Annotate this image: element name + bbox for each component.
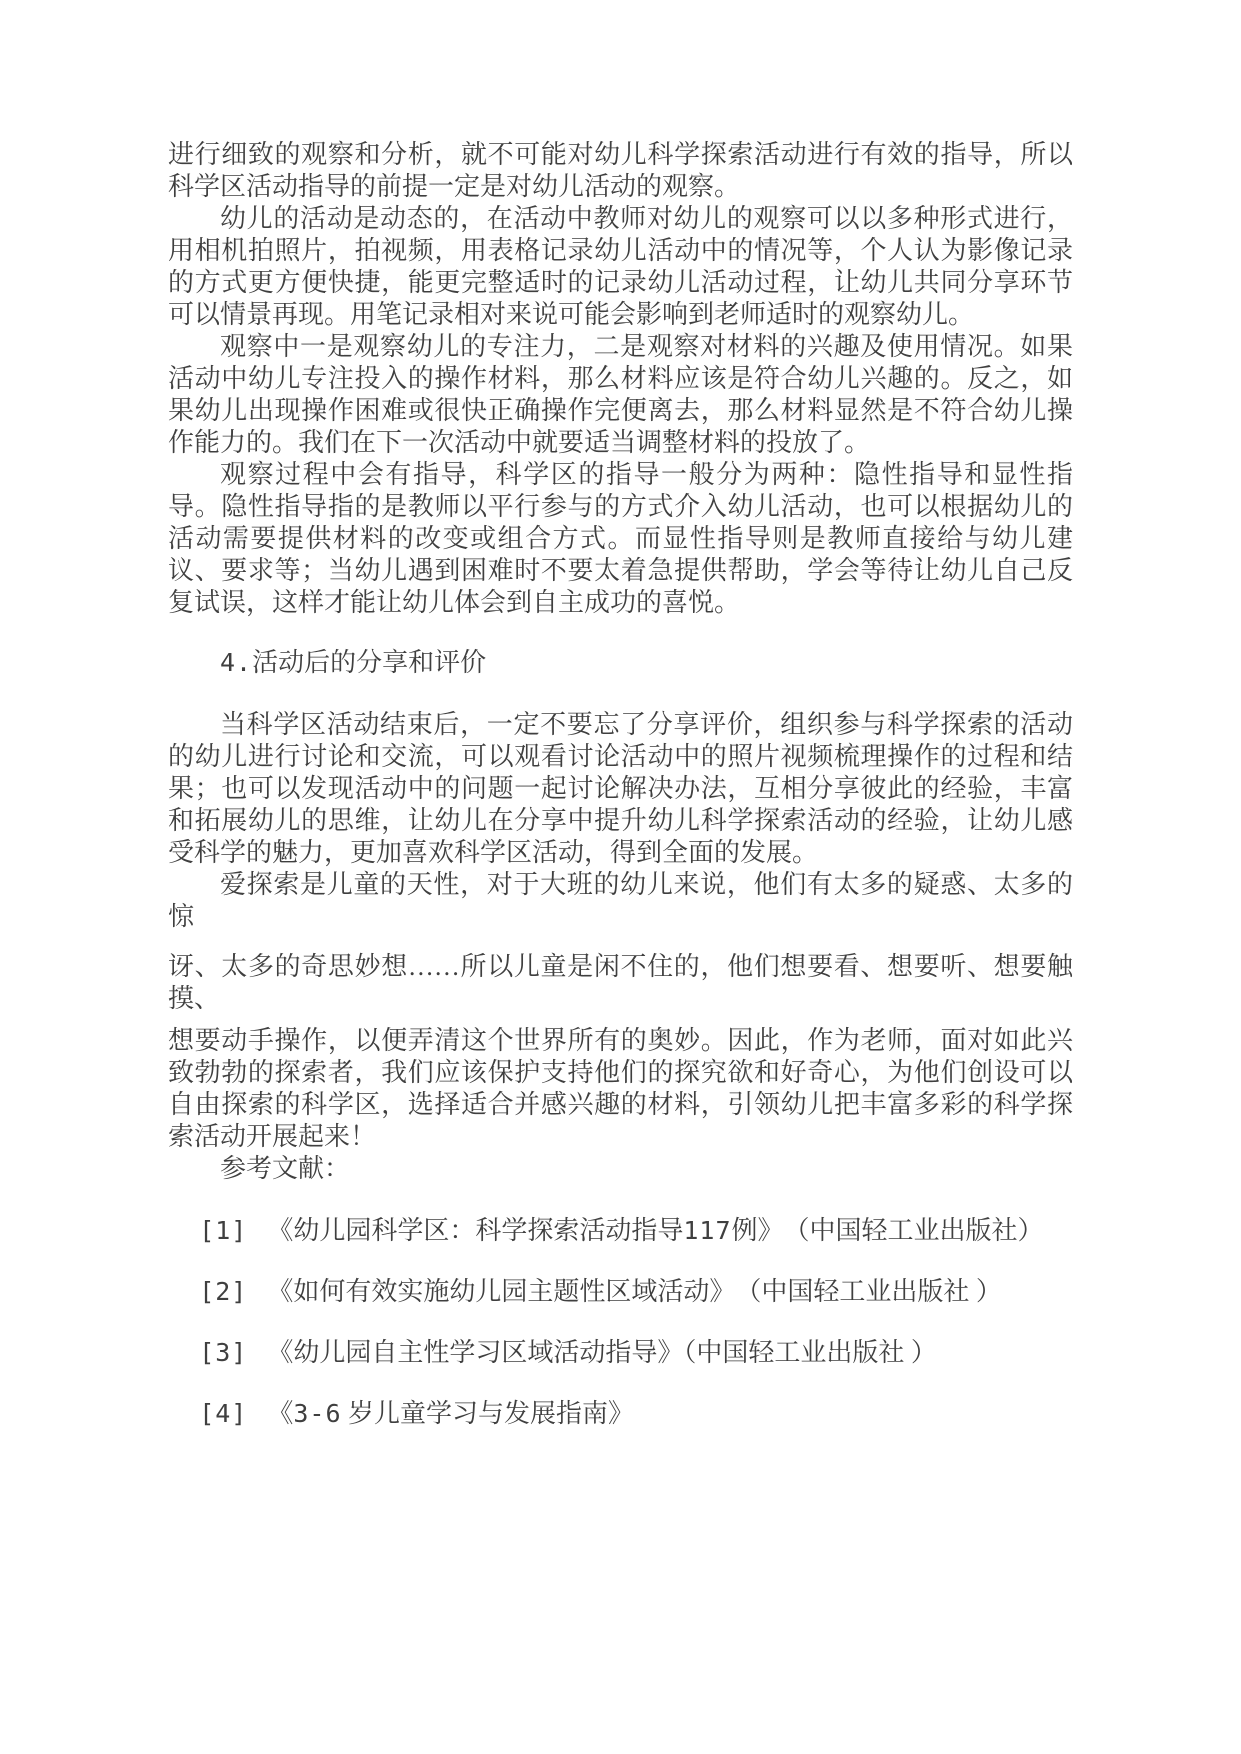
paragraph-exploration-nature-rest: 想要动手操作，以便弄清这个世界所有的奥妙。因此，作为老师，面对如此兴致勃勃的探索… [168,1025,1073,1153]
reference-2-text: 《如何有效实施幼儿园主题性区域活动》 （中国轻工业出版社 ） [267,1277,1002,1306]
section-heading-number: 4. [220,648,252,677]
reference-4-text: 《 [267,1399,293,1428]
reference-4-number: [4] [199,1399,247,1428]
section-heading: 4.活动后的分享和评价 [168,647,1073,679]
reference-4-latin: 3-6 [293,1399,341,1428]
reference-3-number: [3] [199,1338,247,1367]
paragraph-continuation: 进行细致的观察和分析，就不可能对幼儿科学探索活动进行有效的指导，所以科学区活动指… [168,139,1073,203]
reference-1-latin: 117 [683,1216,731,1245]
document-content: 进行细致的观察和分析，就不可能对幼儿科学探索活动进行有效的指导，所以科学区活动指… [168,139,1073,1437]
references-label: 参考文献： [168,1153,1073,1185]
paragraph-guidance-types: 观察过程中会有指导，科学区的指导一般分为两种：隐性指导和显性指导。隐性指导指的是… [168,459,1073,619]
reference-item-1: [1]《幼儿园科学区：科学探索活动指导117例》 （中国轻工业出版社） [168,1207,1073,1254]
paragraph-exploration-nature-line1: 爱探索是儿童的天性，对于大班的幼儿来说，他们有太多的疑惑、太多的惊 [168,869,1073,933]
reference-item-2: [2]《如何有效实施幼儿园主题性区域活动》 （中国轻工业出版社 ） [168,1268,1073,1315]
paragraph-observation-forms: 幼儿的活动是动态的，在活动中教师对幼儿的观察可以以多种形式进行，用相机拍照片，拍… [168,203,1073,331]
paragraph-sharing-evaluation: 当科学区活动结束后，一定不要忘了分享评价，组织参与科学探索的活动的幼儿进行讨论和… [168,709,1073,869]
reference-1-number: [1] [199,1216,247,1245]
reference-1-text: 《幼儿园科学区：科学探索活动指导 [267,1216,683,1245]
reference-3-text: 《幼儿园自主性学习区域活动指导》（中国轻工业出版社 ） [267,1338,937,1367]
paragraph-exploration-nature-line2: 讶、太多的奇思妙想……所以儿童是闲不住的，他们想要看、想要听、想要触摸、 [168,951,1073,1015]
reference-2-number: [2] [199,1277,247,1306]
reference-item-3: [3]《幼儿园自主性学习区域活动指导》（中国轻工业出版社 ） [168,1329,1073,1376]
document-page: 进行细致的观察和分析，就不可能对幼儿科学探索活动进行有效的指导，所以科学区活动指… [0,0,1241,1754]
section-heading-title: 活动后的分享和评价 [252,648,486,677]
reference-4-text-2: 岁儿童学习与发展指南》 [342,1399,635,1428]
reference-1-text-2: 例》 （中国轻工业出版社） [732,1216,1044,1245]
reference-item-4: [4]《3-6 岁儿童学习与发展指南》 [168,1390,1073,1437]
paragraph-focus-and-materials: 观察中一是观察幼儿的专注力，二是观察对材料的兴趣及使用情况。如果活动中幼儿专注投… [168,331,1073,459]
references-list: [1]《幼儿园科学区：科学探索活动指导117例》 （中国轻工业出版社） [2]《… [168,1207,1073,1437]
